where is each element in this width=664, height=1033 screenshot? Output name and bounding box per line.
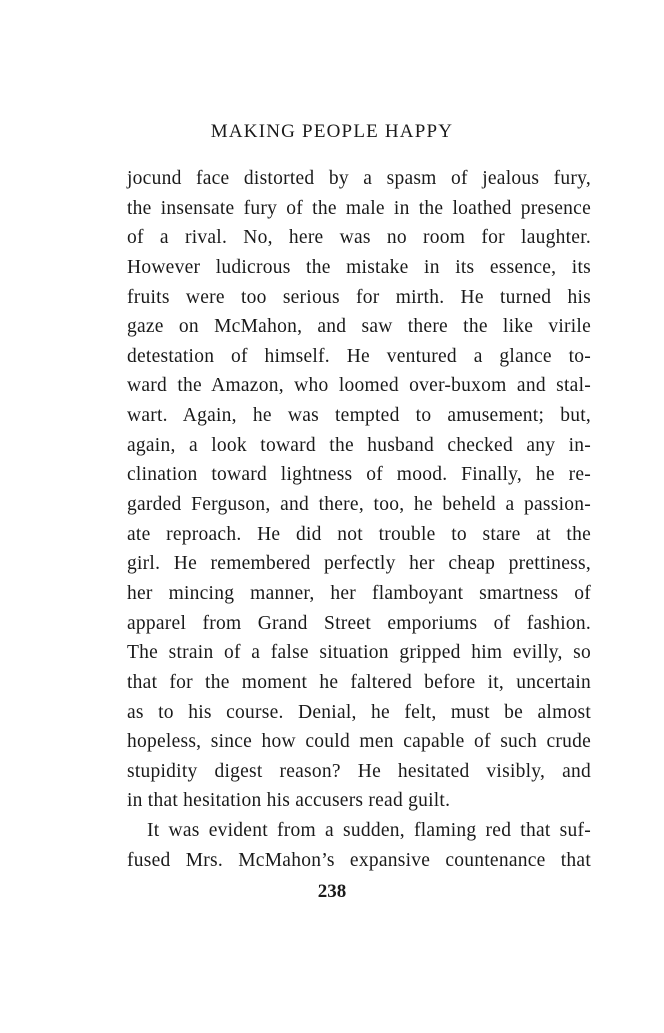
paragraph-end-line: in that hesitation his accusers read gui… (127, 786, 591, 816)
text-line: hopeless, since how could men capable of… (127, 727, 591, 757)
text-line: ward the Amazon, who loomed over-buxom a… (127, 371, 591, 401)
text-line: wart. Again, he was tempted to amusement… (127, 401, 591, 431)
running-head: MAKING PEOPLE HAPPY (0, 120, 664, 144)
page-number: 238 (0, 880, 664, 904)
text-line: the insensate fury of the male in the lo… (127, 194, 591, 224)
book-page: MAKING PEOPLE HAPPY jocund face distorte… (0, 0, 664, 1033)
text-line: her mincing manner, her flamboyant smart… (127, 579, 591, 609)
text-line: However ludicrous the mistake in its ess… (127, 253, 591, 283)
text-line: jocund face distorted by a spasm of jeal… (127, 164, 591, 194)
text-line: clination toward lightness of mood. Fina… (127, 460, 591, 490)
text-line: The strain of a false situation gripped … (127, 638, 591, 668)
text-line: detestation of himself. He ventured a gl… (127, 342, 591, 372)
text-line: girl. He remembered perfectly her cheap … (127, 549, 591, 579)
text-line: of a rival. No, here was no room for lau… (127, 223, 591, 253)
paragraph-start-line: It was evident from a sudden, flaming re… (127, 816, 591, 846)
text-line: fruits were too serious for mirth. He tu… (127, 283, 591, 313)
text-line: fused Mrs. McMahon’s expansive countenan… (127, 846, 591, 876)
text-line: as to his course. Denial, he felt, must … (127, 698, 591, 728)
text-line: garded Ferguson, and there, too, he behe… (127, 490, 591, 520)
text-line: again, a look toward the husband checked… (127, 431, 591, 461)
text-line: gaze on McMahon, and saw there the like … (127, 312, 591, 342)
text-line: stupidity digest reason? He hesitated vi… (127, 757, 591, 787)
text-line: that for the moment he faltered before i… (127, 668, 591, 698)
text-line: ate reproach. He did not trouble to star… (127, 520, 591, 550)
text-line: apparel from Grand Street emporiums of f… (127, 609, 591, 639)
body-text: jocund face distorted by a spasm of jeal… (127, 164, 591, 875)
